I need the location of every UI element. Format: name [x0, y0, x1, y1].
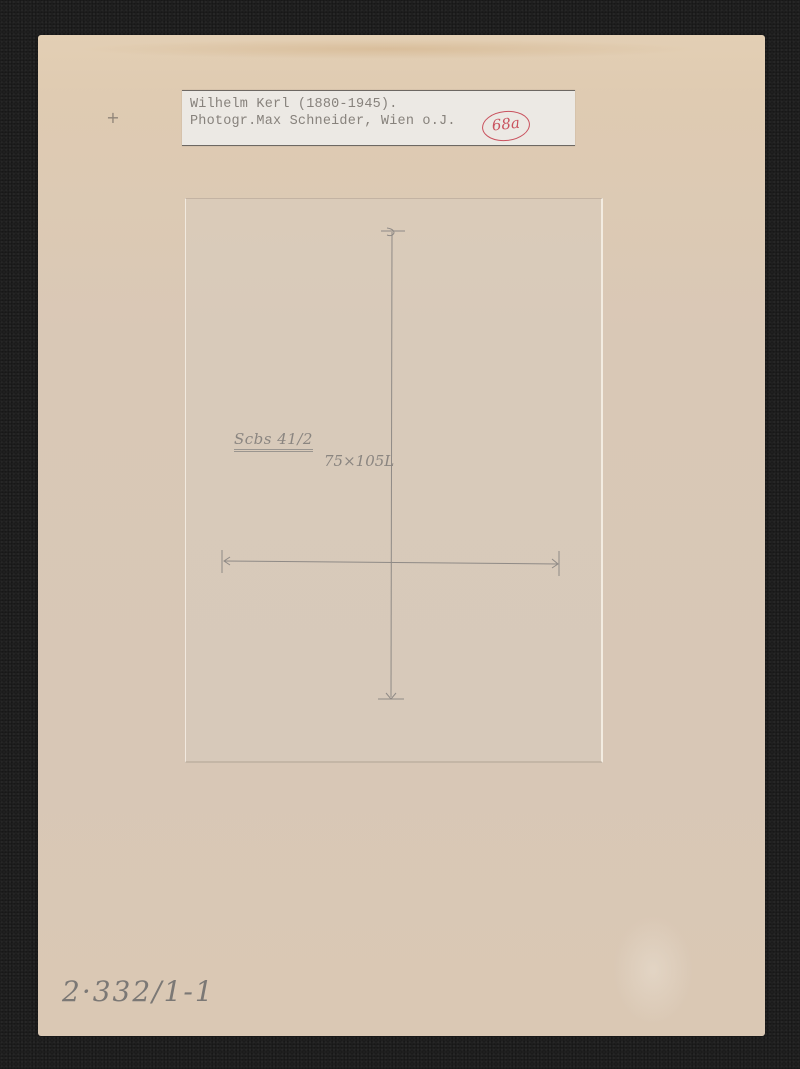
pencil-dimension-note: 75×105L	[324, 452, 394, 470]
top-arrow-icon	[387, 228, 394, 236]
shelf-mark: 2·332/1-1	[62, 975, 215, 1008]
mount-card: + Wilhelm Kerl (1880-1945). Photogr.Max …	[38, 35, 765, 1036]
measurement-lines	[38, 35, 765, 1036]
pencil-size-note: Scbs 41/2	[234, 430, 313, 452]
